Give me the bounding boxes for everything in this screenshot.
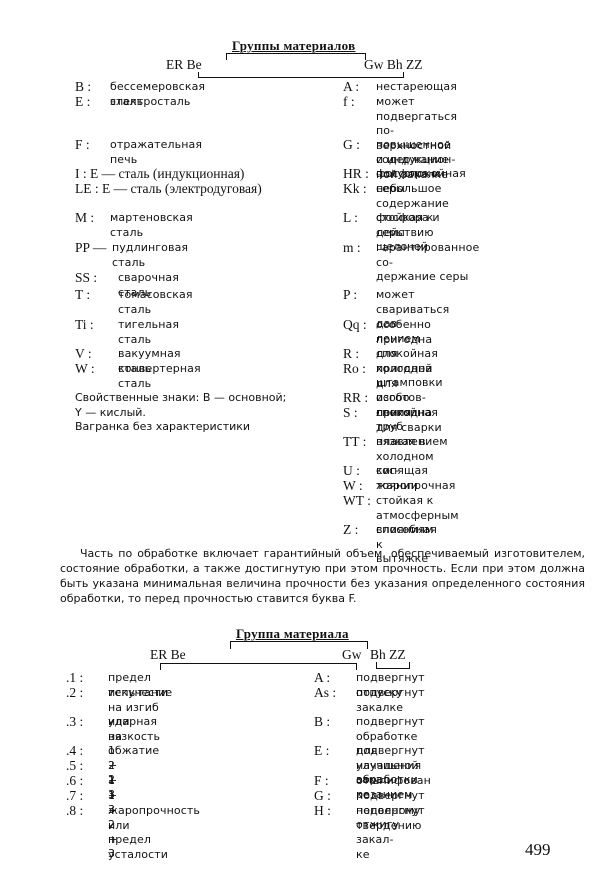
- section1-codes-right: Gw Bh ZZ: [364, 57, 423, 73]
- bracket-bh-zz: [376, 662, 410, 669]
- bracket-bottom-2: [160, 663, 357, 670]
- section2-codes-mid: Gw: [342, 647, 362, 663]
- section1-title: Группы материалов: [232, 38, 355, 54]
- bracket-top-1: [226, 53, 366, 60]
- section1-codes-left: ER Be: [166, 57, 202, 73]
- section2-title: Группа материала: [236, 626, 349, 642]
- section2-codes-right: Bh ZZ: [370, 647, 406, 663]
- body-paragraph: Часть по обработке включает гарантийный …: [60, 546, 585, 606]
- special-signs-note: Свойственные знаки: B — основной; Y — ки…: [75, 391, 286, 435]
- bracket-bottom-1: [198, 72, 404, 78]
- section2-codes-left: ER Be: [150, 647, 186, 663]
- page-number: 499: [525, 840, 551, 860]
